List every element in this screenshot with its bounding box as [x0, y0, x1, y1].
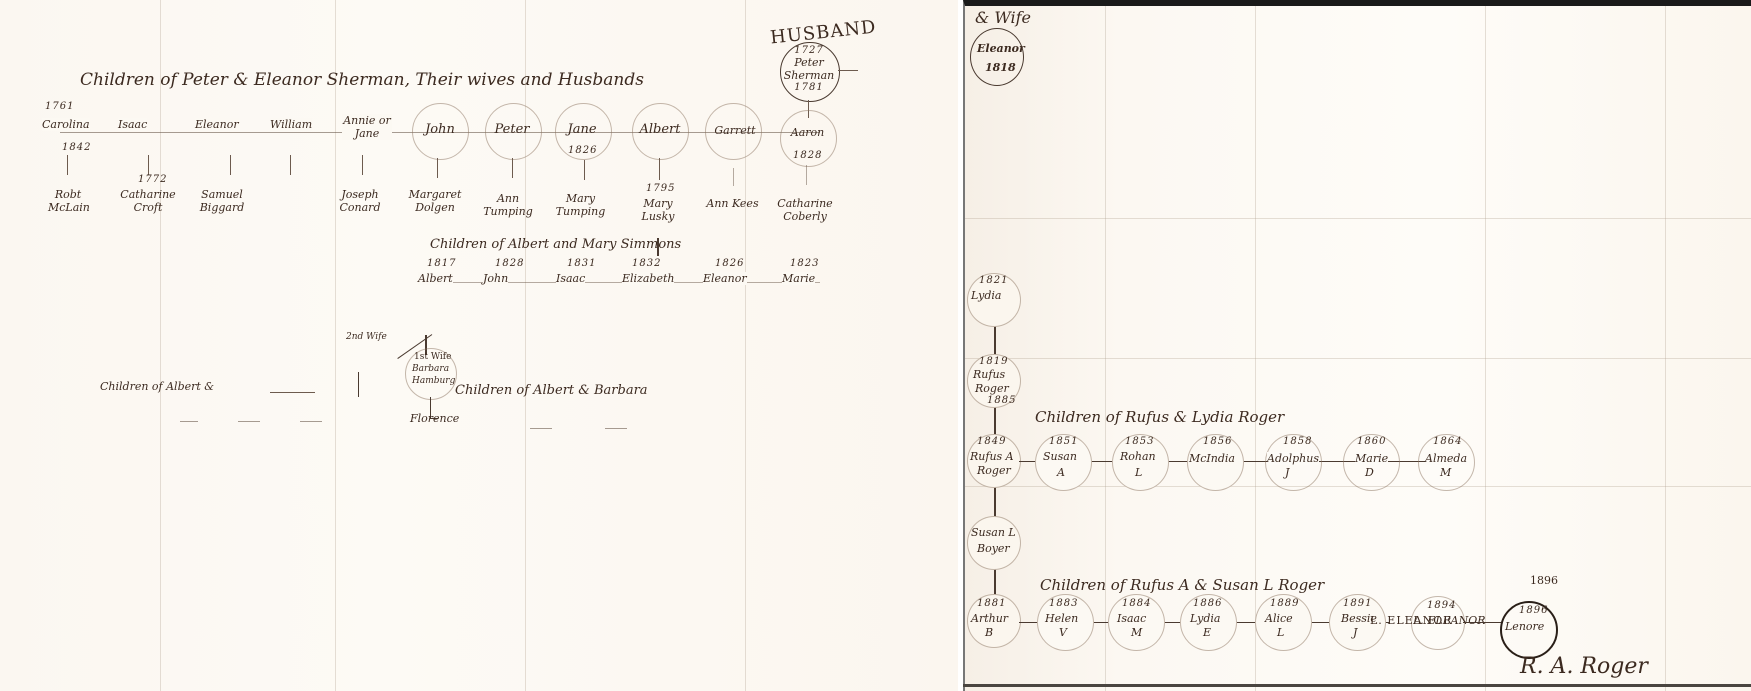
- grandchild-name: Marie: [1355, 452, 1388, 465]
- spouse-name: Robt McLain: [48, 188, 88, 214]
- spouse-name: Joseph Conard: [335, 188, 385, 214]
- grandchild-name: Florence: [410, 412, 459, 425]
- grandchild-year: 1886: [1193, 598, 1222, 609]
- grandchild-name: Helen: [1045, 612, 1078, 625]
- grandchild-year: 1894: [1427, 600, 1456, 611]
- grandchild-name2: E: [1203, 626, 1211, 639]
- grandchild-year: 1853: [1125, 436, 1154, 447]
- grandchild-name: Lydia: [1190, 612, 1220, 625]
- grandchild-year: 1896: [1519, 605, 1548, 616]
- first-wife-name2: Hamburg: [412, 376, 455, 386]
- grandchild-year: 1864: [1433, 436, 1462, 447]
- grandchild-name: Eleanor: [703, 272, 747, 285]
- grandchild-name2: V: [1059, 626, 1067, 639]
- grandchild-year: 1856: [1203, 436, 1232, 447]
- child-died: 1826: [568, 145, 597, 156]
- spouse-name: Samuel Biggard: [192, 188, 252, 214]
- signature: R. A. Roger: [1520, 654, 1648, 679]
- grandchild-born: 1817: [427, 258, 456, 269]
- lineage-name: Rufus A: [970, 450, 1014, 463]
- rufus-lydia-heading: Children of Rufus & Lydia Roger: [1035, 408, 1284, 426]
- grandchild-born: 1823: [790, 258, 819, 269]
- spouse-year: 1795: [646, 183, 675, 194]
- grandchild-name2: A: [1057, 466, 1065, 479]
- child-name: Eleanor: [195, 118, 239, 131]
- wife-year: 1818: [985, 61, 1016, 74]
- husband-died: 1781: [780, 82, 838, 93]
- grandchild-name-caps: L. ELEANOR: [1370, 614, 1453, 627]
- grandchild-name2: L: [1277, 626, 1284, 639]
- annotation-year: 1896: [1530, 574, 1558, 587]
- grandchild-name2: J: [1285, 466, 1289, 479]
- lineage-name2: Roger: [977, 464, 1011, 477]
- spouse-name: Catharine Croft: [118, 188, 178, 214]
- spouse-name: Catharine Coberly: [775, 197, 835, 223]
- child-name: Aaron: [785, 126, 830, 139]
- grandchild-name: Isaac: [1117, 612, 1146, 625]
- grandchild-year: 1860: [1357, 436, 1386, 447]
- grandchild-year: 1891: [1343, 598, 1372, 609]
- albert-second-heading: Children of Albert &: [100, 380, 214, 393]
- husband-born: 1727: [780, 45, 838, 56]
- first-wife-label: 1st Wife: [414, 352, 451, 362]
- grandchild-name: John: [483, 272, 508, 285]
- child-died: 1842: [62, 142, 91, 153]
- grandchild-name2: M: [1131, 626, 1142, 639]
- lineage-note: 1885: [987, 395, 1016, 406]
- husband-label: HUSBAND: [769, 16, 877, 48]
- grandchild-born: 1831: [567, 258, 596, 269]
- grandchild-year: 1889: [1270, 598, 1299, 609]
- spouse-name: Mary Tumping: [548, 192, 613, 218]
- child-name: Annie or Jane: [342, 114, 392, 140]
- spouse-name: Mary Lusky: [628, 197, 688, 223]
- page-edge: [963, 684, 1751, 687]
- spouse-name: Margaret Dolgen: [405, 188, 465, 214]
- child-name: William: [270, 118, 312, 131]
- albert-mary-heading: Children of Albert and Mary Simmons: [430, 237, 681, 252]
- second-wife-label: 2nd Wife: [346, 332, 387, 342]
- lineage-year: 1821: [979, 275, 1008, 286]
- grandchild-name: Almeda: [1425, 452, 1467, 465]
- lineage-name: Rufus: [973, 368, 1005, 381]
- lineage-name: Arthur: [971, 612, 1008, 625]
- lineage-name: Lydia: [971, 289, 1001, 302]
- husband-name1: Peter: [780, 56, 838, 69]
- child-died: 1828: [793, 150, 822, 161]
- child-name: Jane: [562, 122, 602, 137]
- chart-title: Children of Peter & Eleanor Sherman, The…: [80, 70, 644, 90]
- grandchild-year: 1851: [1049, 436, 1078, 447]
- spouse-name: Ann Tumping: [478, 192, 538, 218]
- grandchild-name: Alice: [1265, 612, 1293, 625]
- grandchild-year: 1883: [1049, 598, 1078, 609]
- grandchild-name: Isaac: [556, 272, 585, 285]
- child-name: Albert: [638, 122, 682, 137]
- grandchild-born: 1832: [632, 258, 661, 269]
- lineage-year: 1849: [977, 436, 1006, 447]
- lineage-year: 1881: [977, 598, 1006, 609]
- grandchild-name: McIndia: [1189, 452, 1235, 465]
- spouse-year: 1772: [138, 174, 167, 185]
- husband-node: 1727 Peter Sherman 1781: [780, 45, 838, 93]
- wife-name: Eleanor: [977, 42, 1025, 55]
- grandchild-name: Marie: [782, 272, 815, 285]
- child-name: Garrett: [710, 124, 760, 137]
- grandchild-name2: D: [1365, 466, 1374, 479]
- child-name: John: [420, 122, 460, 137]
- grandchild-born: 1828: [495, 258, 524, 269]
- child-name: Carolina: [42, 118, 90, 131]
- lineage-year: 1819: [979, 356, 1008, 367]
- grandchild-name: Albert: [418, 272, 453, 285]
- left-page: Children of Peter & Eleanor Sherman, The…: [0, 0, 958, 691]
- grandchild-year: 1884: [1122, 598, 1151, 609]
- grandchild-name2: J: [1353, 626, 1357, 639]
- grandchild-name: Adolphus: [1267, 452, 1319, 465]
- child-born: 1761: [45, 101, 74, 112]
- lineage-name2: B: [985, 626, 993, 639]
- albert-barbara-heading: Children of Albert & Barbara: [455, 383, 648, 398]
- grandchild-name2: L: [1135, 466, 1142, 479]
- grandchild-name2: M: [1440, 466, 1451, 479]
- child-name: Isaac: [118, 118, 147, 131]
- first-wife-name1: Barbara: [412, 364, 449, 374]
- lineage-name2: Boyer: [977, 542, 1010, 555]
- child-name: Peter: [492, 122, 532, 137]
- grandchild-year: 1858: [1283, 436, 1312, 447]
- grandchild-born: 1826: [715, 258, 744, 269]
- lineage-name2: Roger: [975, 382, 1009, 395]
- husband-name2: Sherman: [780, 69, 838, 82]
- grandchild-name: Lenore: [1505, 620, 1544, 633]
- grandchild-name: Rohan: [1120, 450, 1156, 463]
- lineage-name: Susan L: [971, 526, 1016, 539]
- spouse-name: Ann Kees: [705, 197, 760, 210]
- grandchild-name: Susan: [1043, 450, 1077, 463]
- right-page: & Wife Eleanor 1818 1821 Lydia 1819 Rufu…: [963, 0, 1751, 691]
- grandchild-name: Elizabeth: [622, 272, 674, 285]
- rufus-susan-heading: Children of Rufus A & Susan L Roger: [1040, 576, 1324, 594]
- wife-label: & Wife: [975, 8, 1031, 27]
